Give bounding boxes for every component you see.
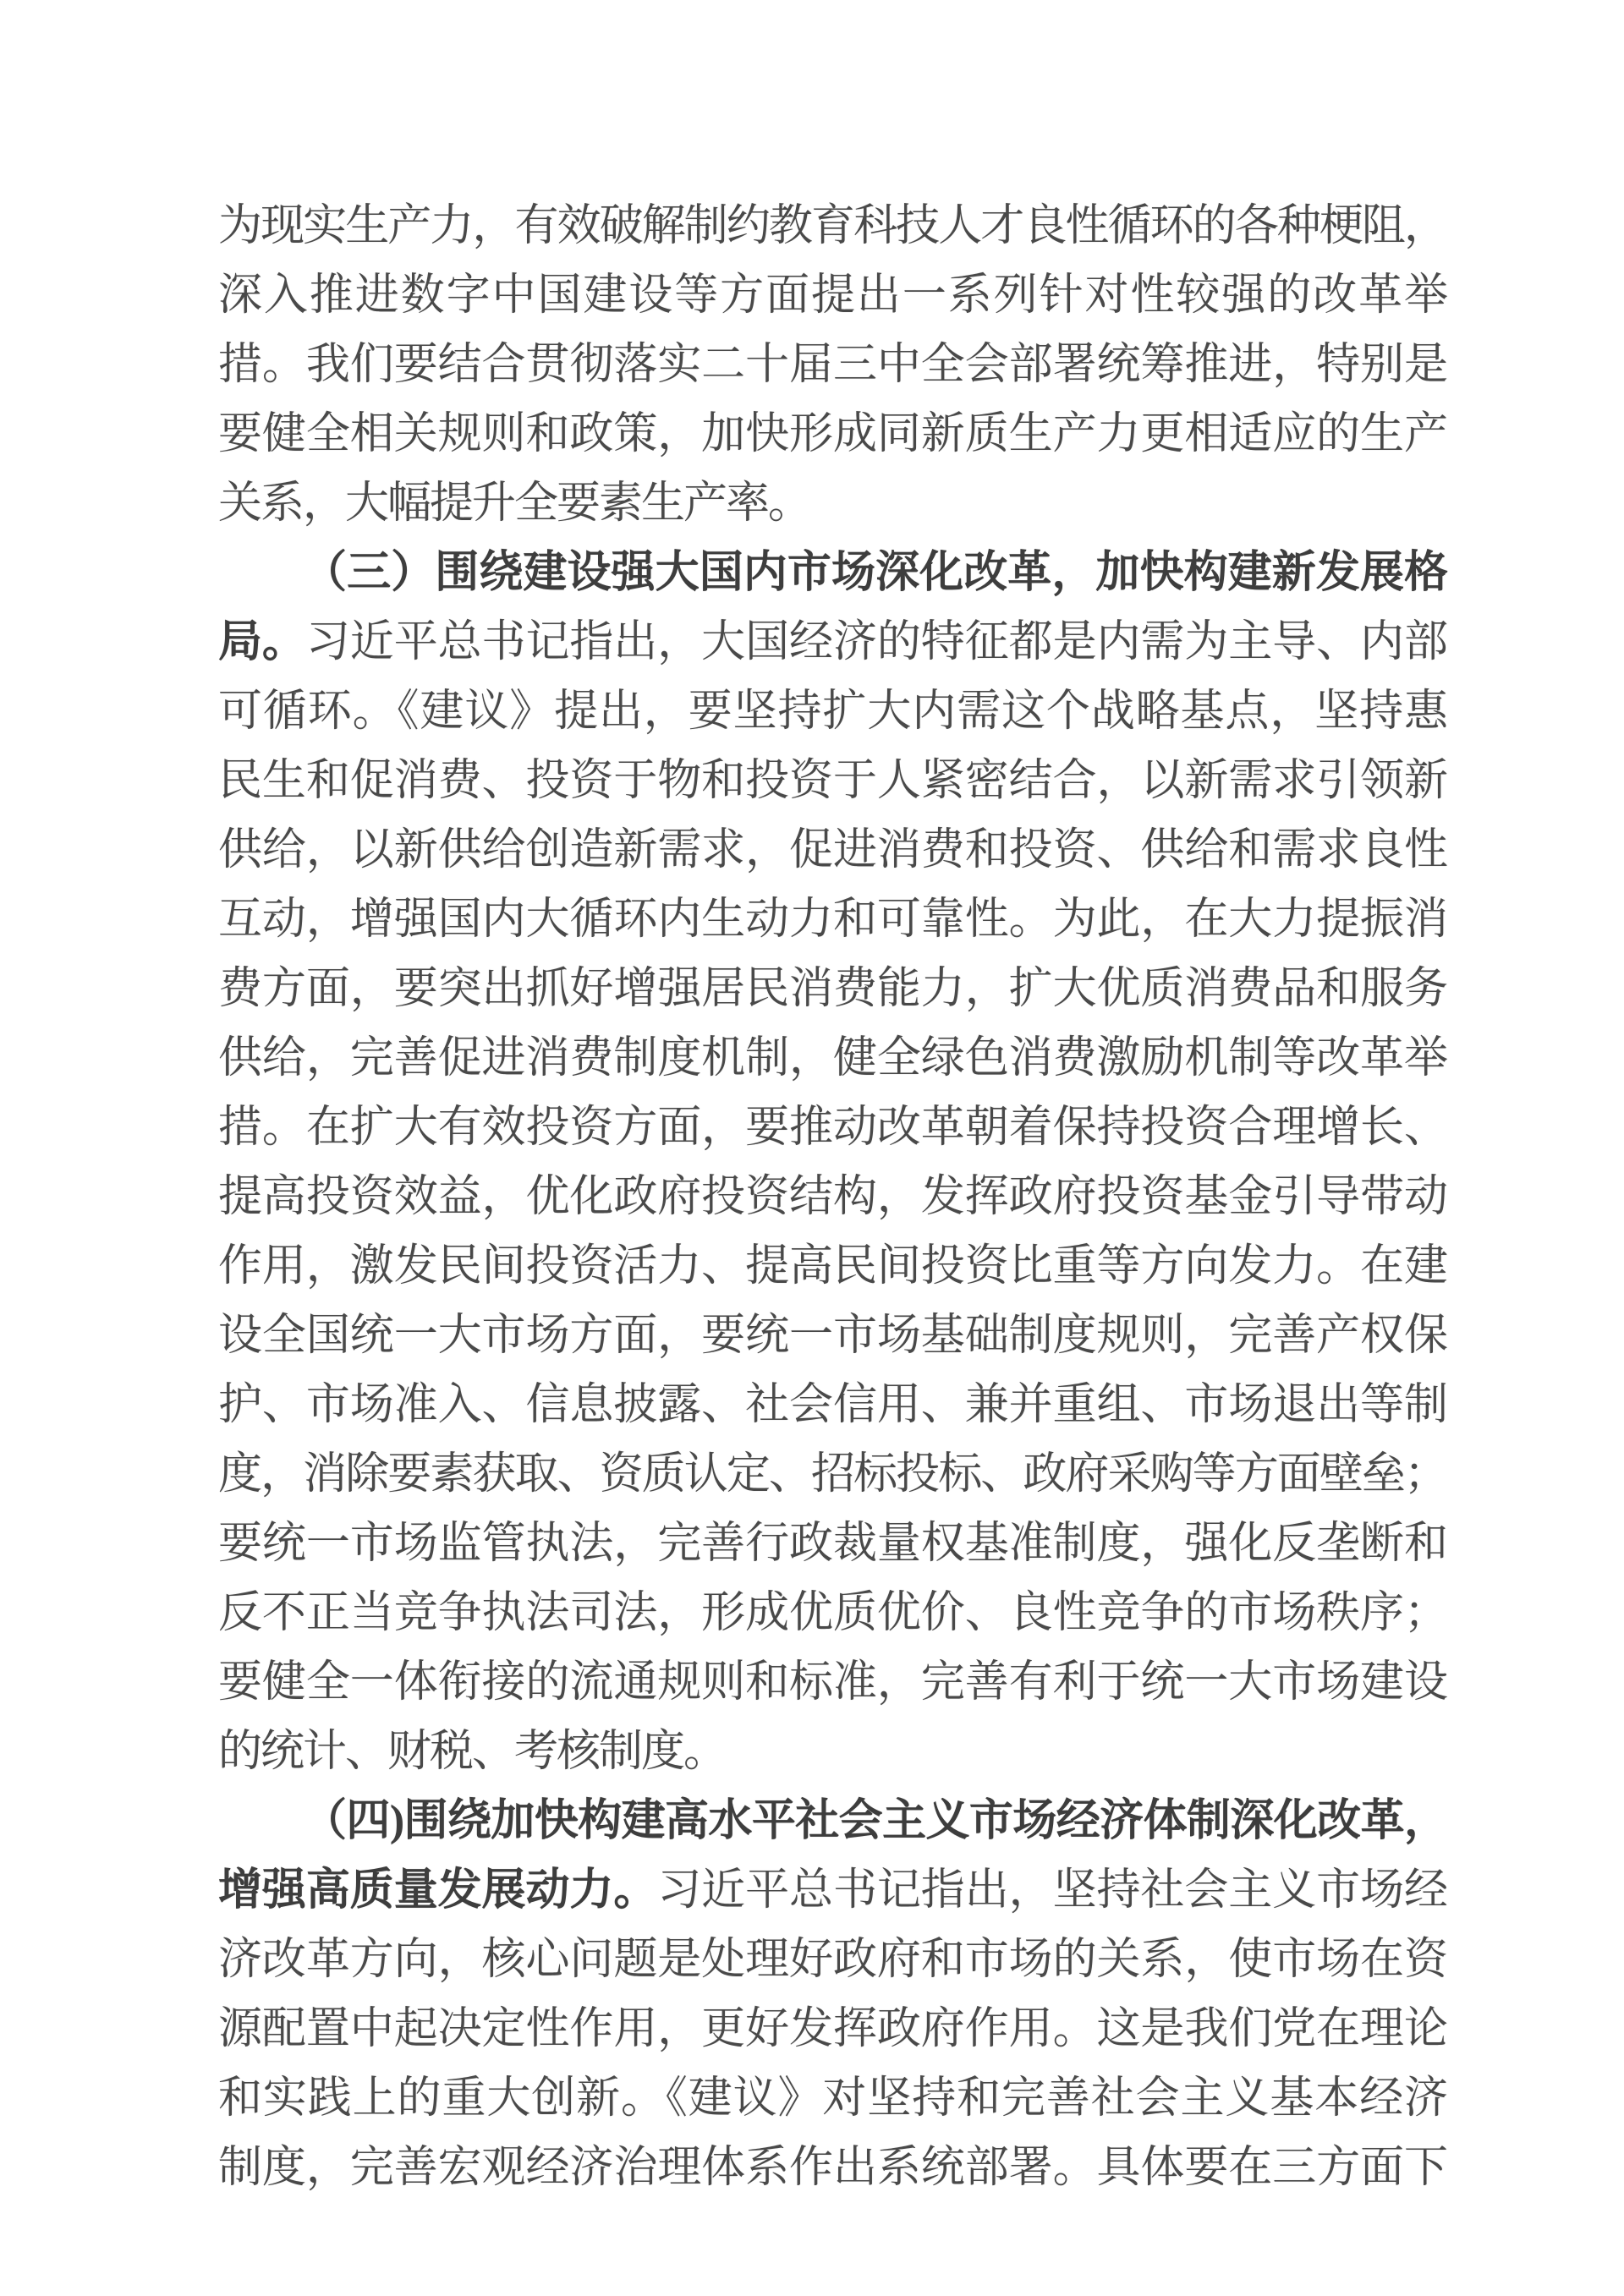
heading-line: （四)围绕加快构建高水平社会主义市场经济体制深化改革，	[218, 1787, 1446, 1856]
text-line: 和实践上的重大创新。《建议》对坚持和完善社会主义基本经济	[218, 2064, 1446, 2134]
text-line: 要健全相关规则和政策，加快形成同新质生产力更相适应的生产	[218, 400, 1446, 469]
body-text-segment: 关系，大幅提升全要素生产率。	[218, 479, 810, 528]
text-line: 度，消除要素获取、资质认定、招标投标、政府采购等方面壁垒；	[218, 1440, 1446, 1510]
body-text-segment: 要健全相关规则和政策，加快形成同新质生产力更相适应的生产	[218, 410, 1446, 458]
text-line: 民生和促消费、投资于物和投资于人紧密结合，以新需求引领新	[218, 747, 1446, 816]
body-text-segment: 提高投资效益，优化政府投资结构，发挥政府投资基金引导带动	[218, 1173, 1446, 1221]
text-line: 要统一市场监管执法，完善行政裁量权基准制度，强化反垄断和	[218, 1510, 1446, 1579]
text-line: 源配置中起决定性作用，更好发挥政府作用。这是我们党在理论	[218, 1995, 1446, 2064]
body-text-segment: 措。我们要结合贯彻落实二十届三中全会部署统筹推进，特别是	[218, 341, 1446, 389]
heading-segment: 局。	[218, 618, 306, 666]
body-text-segment: 民生和促消费、投资于物和投资于人紧密结合，以新需求引领新	[218, 757, 1446, 805]
body-text-segment: 费方面，要突出抓好增强居民消费能力，扩大优质消费品和服务	[218, 965, 1446, 1013]
body-text-segment: 措。在扩大有效投资方面，要推动改革朝着保持投资合理增长、	[218, 1104, 1446, 1152]
text-line: 供给，以新供给创造新需求，促进消费和投资、供给和需求良性	[218, 816, 1446, 885]
heading-line: （三）围绕建设强大国内市场深化改革，加快构建新发展格	[218, 539, 1446, 608]
text-line: 互动，增强国内大循环内生动力和可靠性。为此，在大力提振消	[218, 885, 1446, 955]
text-line: 关系，大幅提升全要素生产率。	[218, 469, 1446, 539]
text-line: 护、市场准入、信息披露、社会信用、兼并重组、市场退出等制	[218, 1371, 1446, 1440]
text-line: 供给，完善促进消费制度机制，健全绿色消费激励机制等改革举	[218, 1024, 1446, 1093]
body-text-segment: 源配置中起决定性作用，更好发挥政府作用。这是我们党在理论	[218, 2005, 1446, 2053]
text-line: 反不正当竞争执法司法，形成优质优价、良性竞争的市场秩序；	[218, 1579, 1446, 1648]
body-text-segment: 供给，以新供给创造新需求，促进消费和投资、供给和需求良性	[218, 826, 1446, 874]
body-text-segment: 度，消除要素获取、资质认定、招标投标、政府采购等方面壁垒；	[218, 1450, 1446, 1499]
body-text-segment: 供给，完善促进消费制度机制，健全绿色消费激励机制等改革举	[218, 1034, 1446, 1082]
document-page: 为现实生产力，有效破解制约教育科技人才良性循环的各种梗阻，深入推进数字中国建设等…	[0, 0, 1624, 2296]
body-text-segment: 习近平总书记指出，坚持社会主义市场经	[657, 1866, 1446, 1915]
body-text-segment: 深入推进数字中国建设等方面提出一系列针对性较强的改革举	[218, 271, 1446, 320]
heading-segment: （四)围绕加快构建高水平社会主义市场经济体制深化改革，	[303, 1797, 1446, 1845]
body-text-segment: 济改革方向，核心问题是处理好政府和市场的关系，使市场在资	[218, 1936, 1446, 1984]
body-text-segment: 反不正当竞争执法司法，形成优质优价、良性竞争的市场秩序；	[218, 1589, 1446, 1637]
body-text-segment: 为现实生产力，有效破解制约教育科技人才良性循环的各种梗阻，	[218, 202, 1446, 250]
body-text-segment: 护、市场准入、信息披露、社会信用、兼并重组、市场退出等制	[218, 1381, 1446, 1429]
text-line: 济改革方向，核心问题是处理好政府和市场的关系，使市场在资	[218, 1926, 1446, 1995]
heading-segment: （三）围绕建设强大国内市场深化改革，加快构建新发展格	[303, 549, 1446, 597]
text-line: 设全国统一大市场方面，要统一市场基础制度规则，完善产权保	[218, 1301, 1446, 1371]
body-text-segment: 的统计、财税、考核制度。	[218, 1728, 726, 1776]
heading-line: 局。习近平总书记指出，大国经济的特征都是内需为主导、内部	[218, 608, 1446, 677]
body-text-segment: 作用，激发民间投资活力、提高民间投资比重等方向发力。在建	[218, 1242, 1446, 1290]
text-line: 措。在扩大有效投资方面，要推动改革朝着保持投资合理增长、	[218, 1093, 1446, 1163]
text-line: 制度，完善宏观经济治理体系作出系统部署。具体要在三方面下	[218, 2134, 1446, 2203]
body-text-segment: 互动，增强国内大循环内生动力和可靠性。为此，在大力提振消	[218, 896, 1446, 944]
text-line: 可循环。《建议》提出，要坚持扩大内需这个战略基点，坚持惠	[218, 677, 1446, 747]
body-text-segment: 要健全一体衔接的流通规则和标准，完善有利于统一大市场建设	[218, 1658, 1446, 1707]
body-text-segment: 制度，完善宏观经济治理体系作出系统部署。具体要在三方面下	[218, 2144, 1446, 2192]
body-text-segment: 和实践上的重大创新。《建议》对坚持和完善社会主义基本经济	[218, 2074, 1446, 2123]
text-line: 深入推进数字中国建设等方面提出一系列针对性较强的改革举	[218, 261, 1446, 331]
text-line: 措。我们要结合贯彻落实二十届三中全会部署统筹推进，特别是	[218, 331, 1446, 400]
text-line: 为现实生产力，有效破解制约教育科技人才良性循环的各种梗阻，	[218, 192, 1446, 261]
heading-line: 增强高质量发展动力。习近平总书记指出，坚持社会主义市场经	[218, 1856, 1446, 1926]
body-text-segment: 设全国统一大市场方面，要统一市场基础制度规则，完善产权保	[218, 1312, 1446, 1360]
heading-segment: 增强高质量发展动力。	[218, 1866, 657, 1915]
body-text-segment: 习近平总书记指出，大国经济的特征都是内需为主导、内部	[306, 618, 1446, 666]
body-text-segment: 可循环。《建议》提出，要坚持扩大内需这个战略基点，坚持惠	[218, 688, 1446, 736]
text-line: 的统计、财税、考核制度。	[218, 1718, 1446, 1787]
document-text: 为现实生产力，有效破解制约教育科技人才良性循环的各种梗阻，深入推进数字中国建设等…	[218, 192, 1446, 2203]
body-text-segment: 要统一市场监管执法，完善行政裁量权基准制度，强化反垄断和	[218, 1520, 1446, 1568]
text-line: 提高投资效益，优化政府投资结构，发挥政府投资基金引导带动	[218, 1163, 1446, 1232]
text-line: 作用，激发民间投资活力、提高民间投资比重等方向发力。在建	[218, 1232, 1446, 1301]
text-line: 费方面，要突出抓好增强居民消费能力，扩大优质消费品和服务	[218, 955, 1446, 1024]
text-line: 要健全一体衔接的流通规则和标准，完善有利于统一大市场建设	[218, 1648, 1446, 1718]
